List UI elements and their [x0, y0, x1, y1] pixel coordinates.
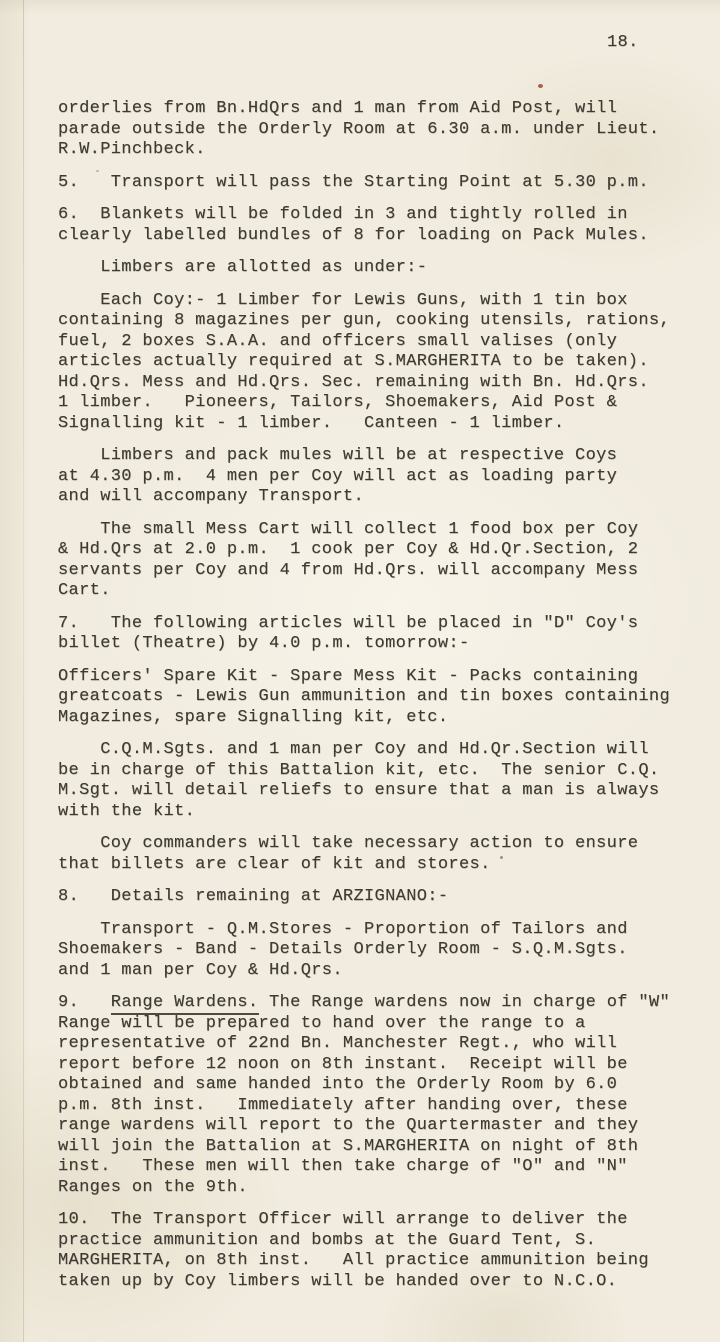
text-line: Each Coy:- 1 Limber for Lewis Guns, with… [58, 291, 678, 312]
text-line: Transport - Q.M.Stores - Proportion of T… [58, 920, 678, 941]
paragraph: Transport - Q.M.Stores - Proportion of T… [58, 920, 678, 982]
text-line: Shoemakers - Band - Details Orderly Room… [58, 940, 678, 961]
text-line: Magazines, spare Signalling kit, etc. [58, 708, 678, 729]
underlined-heading: Range Wardens. [111, 993, 259, 1015]
text-line: greatcoats - Lewis Gun ammunition and ti… [58, 687, 678, 708]
text-line: clearly labelled bundles of 8 for loadin… [58, 226, 678, 247]
text-line: servants per Coy and 4 from Hd.Qrs. will… [58, 561, 678, 582]
text-line: Cart. [58, 581, 678, 602]
text-line: at 4.30 p.m. 4 men per Coy will act as l… [58, 467, 678, 488]
text-line: Signalling kit - 1 limber. Canteen - 1 l… [58, 414, 678, 435]
text-line: Limbers and pack mules will be at respec… [58, 446, 678, 467]
text-line: fuel, 2 boxes S.A.A. and officers small … [58, 332, 678, 353]
text-segment: The Range wardens now in charge of "W" [259, 993, 671, 1012]
text-line: & Hd.Qrs at 2.0 p.m. 1 cook per Coy & Hd… [58, 540, 678, 561]
paragraph: 5. Transport will pass the Starting Poin… [58, 173, 678, 194]
paragraph: 10. The Transport Officer will arrange t… [58, 1210, 678, 1292]
text-line: Coy commanders will take necessary actio… [58, 834, 678, 855]
text-line: and will accompany Transport. [58, 487, 678, 508]
text-line: Limbers are allotted as under:- [58, 258, 678, 279]
text-line: 1 limber. Pioneers, Tailors, Shoemakers,… [58, 393, 678, 414]
text-line: The small Mess Cart will collect 1 food … [58, 520, 678, 541]
text-line: taken up by Coy limbers will be handed o… [58, 1272, 678, 1293]
paper-crease-line [23, 0, 24, 1342]
paragraph: 7. The following articles will be placed… [58, 614, 678, 655]
text-line: and 1 man per Coy & Hd.Qrs. [58, 961, 678, 982]
document-body: orderlies from Bn.HdQrs and 1 man from A… [58, 99, 678, 1304]
text-line: containing 8 magazines per gun, cooking … [58, 311, 678, 332]
ink-speck [96, 170, 99, 172]
text-line: 6. Blankets will be folded in 3 and tigh… [58, 205, 678, 226]
paragraph: The small Mess Cart will collect 1 food … [58, 520, 678, 602]
paragraph: C.Q.M.Sgts. and 1 man per Coy and Hd.Qr.… [58, 740, 678, 822]
text-line: be in charge of this Battalion kit, etc.… [58, 761, 678, 782]
text-line: practice ammunition and bombs at the Gua… [58, 1231, 678, 1252]
text-line: will join the Battalion at S.MARGHERITA … [58, 1137, 678, 1158]
text-line: Range will be prepared to hand over the … [58, 1014, 678, 1035]
text-line: 10. The Transport Officer will arrange t… [58, 1210, 678, 1231]
text-line: inst. These men will then take charge of… [58, 1157, 678, 1178]
text-line: representative of 22nd Bn. Manchester Re… [58, 1034, 678, 1055]
ink-speck [500, 856, 503, 859]
text-line: parade outside the Orderly Room at 6.30 … [58, 120, 678, 141]
text-line: 9. Range Wardens. The Range wardens now … [58, 993, 678, 1014]
text-line: orderlies from Bn.HdQrs and 1 man from A… [58, 99, 678, 120]
text-line: report before 12 noon on 8th instant. Re… [58, 1055, 678, 1076]
text-line: that billets are clear of kit and stores… [58, 855, 678, 876]
paragraph: 9. Range Wardens. The Range wardens now … [58, 993, 678, 1198]
paragraph: Limbers and pack mules will be at respec… [58, 446, 678, 508]
paragraph: Officers' Spare Kit - Spare Mess Kit - P… [58, 667, 678, 729]
text-line: Hd.Qrs. Mess and Hd.Qrs. Sec. remaining … [58, 373, 678, 394]
paragraph: 8. Details remaining at ARZIGNANO:- [58, 887, 678, 908]
ink-speck-red [538, 84, 543, 88]
text-line: with the kit. [58, 802, 678, 823]
text-line: range wardens will report to the Quarter… [58, 1116, 678, 1137]
paragraph: Limbers are allotted as under:- [58, 258, 678, 279]
text-line: M.Sgt. will detail reliefs to ensure tha… [58, 781, 678, 802]
text-line: articles actually required at S.MARGHERI… [58, 352, 678, 373]
paragraph: 6. Blankets will be folded in 3 and tigh… [58, 205, 678, 246]
text-segment: 9. [58, 993, 111, 1012]
text-line: billet (Theatre) by 4.0 p.m. tomorrow:- [58, 634, 678, 655]
text-line: 8. Details remaining at ARZIGNANO:- [58, 887, 678, 908]
page-number: 18. [607, 33, 639, 53]
paragraph: Coy commanders will take necessary actio… [58, 834, 678, 875]
text-line: Officers' Spare Kit - Spare Mess Kit - P… [58, 667, 678, 688]
text-line: p.m. 8th inst. Immediately after handing… [58, 1096, 678, 1117]
text-line: 7. The following articles will be placed… [58, 614, 678, 635]
paragraph: orderlies from Bn.HdQrs and 1 man from A… [58, 99, 678, 161]
paragraph: Each Coy:- 1 Limber for Lewis Guns, with… [58, 291, 678, 435]
text-line: R.W.Pinchbeck. [58, 140, 678, 161]
text-line: C.Q.M.Sgts. and 1 man per Coy and Hd.Qr.… [58, 740, 678, 761]
text-line: obtained and same handed into the Orderl… [58, 1075, 678, 1096]
text-line: 5. Transport will pass the Starting Poin… [58, 173, 678, 194]
text-line: MARGHERITA, on 8th inst. All practice am… [58, 1251, 678, 1272]
text-line: Ranges on the 9th. [58, 1178, 678, 1199]
